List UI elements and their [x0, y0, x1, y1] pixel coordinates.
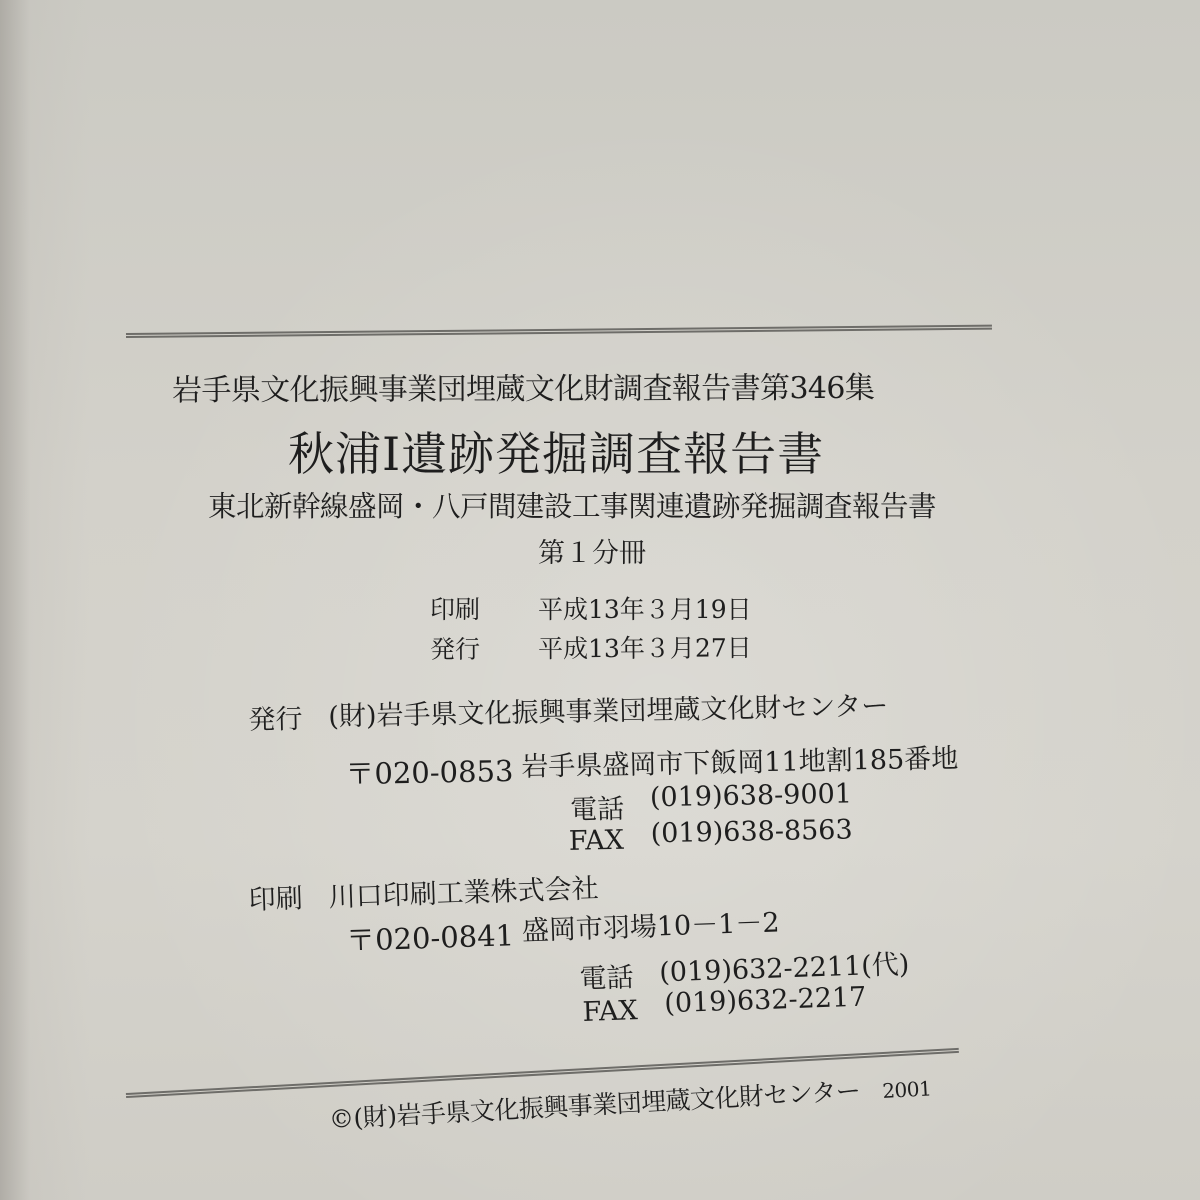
volume-number: 第１分冊	[538, 531, 646, 570]
copyright-year: 2001	[882, 1076, 932, 1103]
series-title: 岩手県文化振興事業団埋蔵文化財調査報告書第346集	[172, 363, 874, 409]
printer-tel: (019)632-2211(代)	[659, 942, 910, 989]
print-date-label: 印刷	[430, 590, 480, 626]
colophon: 岩手県文化振興事業団埋蔵文化財調査報告書第346集 秋浦Ⅰ遺跡発掘調査報告書 東…	[0, 0, 1200, 1200]
issue-date-label: 発行	[430, 630, 480, 666]
top-double-rule	[126, 325, 992, 338]
printer-fax: (019)632-2217	[664, 982, 867, 1020]
printer-address: 盛岡市羽場10－1－2	[521, 900, 780, 948]
printer-label: 印刷	[248, 876, 303, 917]
print-date-value: 平成13年３月19日	[538, 590, 752, 626]
publisher-tel-label: 電話	[570, 787, 625, 827]
publisher-label: 発行	[248, 697, 303, 737]
report-title: 秋浦Ⅰ遺跡発掘調査報告書	[288, 418, 824, 484]
publisher-tel: (019)638-9001	[650, 778, 853, 813]
publisher-fax-label: FAX	[569, 825, 625, 857]
report-subtitle: 東北新幹線盛岡・八戸間建設工事関連遺跡発掘調査報告書	[208, 484, 936, 525]
printer-fax-label: FAX	[582, 995, 638, 1028]
publisher-name: (財)岩手県文化振興事業団埋蔵文化財センター	[328, 684, 889, 734]
copyright-holder: ©(財)岩手県文化振興事業団埋蔵文化財センター	[328, 1076, 861, 1134]
printer-zip: 〒020-0841	[345, 913, 514, 960]
publisher-zip: 〒020-0853	[345, 749, 514, 793]
publisher-fax: (019)638-8563	[650, 814, 853, 849]
issue-date-value: 平成13年３月27日	[538, 628, 752, 665]
printer-tel-label: 電話	[579, 955, 634, 996]
publisher-address: 岩手県盛岡市下飯岡11地割185番地	[521, 736, 959, 783]
